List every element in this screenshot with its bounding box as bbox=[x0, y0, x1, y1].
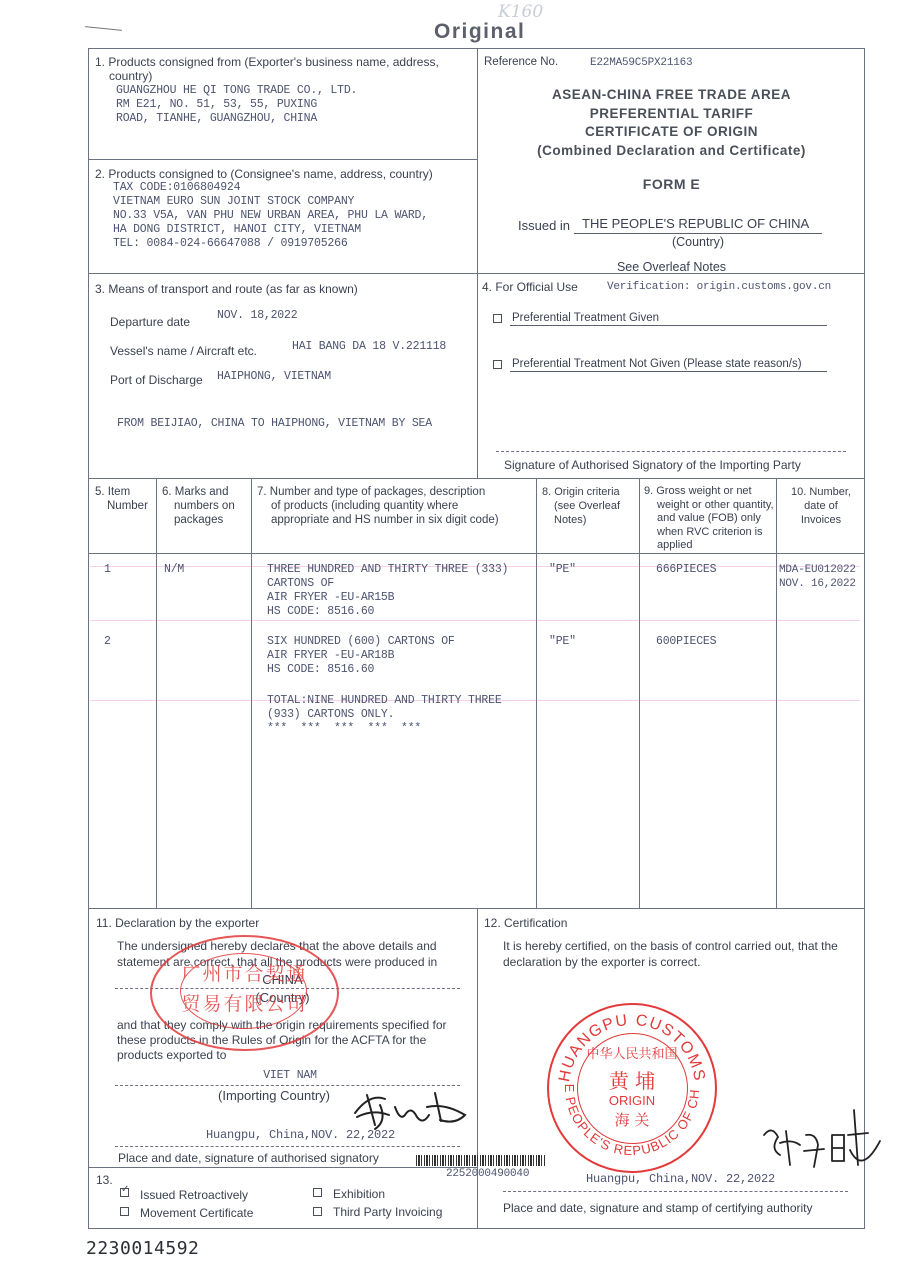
preferential-given-checkbox[interactable] bbox=[493, 314, 502, 323]
total-line2: (933) CARTONS ONLY. bbox=[267, 708, 502, 722]
row1-desc-line4: HS CODE: 8516.60 bbox=[267, 605, 508, 619]
row1-item: 1 bbox=[104, 563, 111, 577]
row1-invoice-date: NOV. 16,2022 bbox=[779, 577, 856, 591]
col8-header-line3: Notes) bbox=[542, 513, 620, 527]
certifier-signature bbox=[756, 1105, 881, 1180]
row1-invoice-number: MDA-EU012022 bbox=[779, 563, 856, 577]
importing-country-caption: (Importing Country) bbox=[218, 1089, 330, 1103]
consignee-address-2: HA DONG DISTRICT, HANOI CITY, VIETNAM bbox=[113, 223, 361, 237]
box11-label: 11. Declaration by the exporter bbox=[96, 916, 259, 930]
col10-header-line1: 10. Number, bbox=[777, 485, 865, 499]
col6-header-line2: numbers on bbox=[162, 499, 235, 513]
header-line-1: ASEAN-CHINA FREE TRADE AREA bbox=[478, 86, 865, 105]
col8-header: 8. Origin criteria (see Overleaf Notes) bbox=[542, 485, 620, 527]
customs-stamp-cn-bottom: 海 关 bbox=[549, 1109, 715, 1130]
issued-retroactively-label: Issued Retroactively bbox=[140, 1188, 248, 1202]
table-col-9 bbox=[639, 478, 640, 908]
box1-label-cont: country) bbox=[109, 69, 152, 83]
exporter-address-2: ROAD, TIANHE, GUANGZHOU, CHINA bbox=[116, 112, 317, 126]
certifier-signature-caption: Place and date, signature and stamp of c… bbox=[503, 1201, 813, 1215]
row1-marks: N/M bbox=[164, 563, 184, 577]
issued-retroactively-checkbox[interactable]: ✓ bbox=[120, 1188, 129, 1197]
exporter-stamp-cn-2: 贸易有限公司 bbox=[152, 989, 337, 1016]
table-col-10 bbox=[776, 478, 777, 908]
port-value: HAIPHONG, VIETNAM bbox=[217, 370, 331, 384]
row2-desc-line1: SIX HUNDRED (600) CARTONS OF bbox=[267, 635, 455, 649]
certification-line2: declaration by the exporter is correct. bbox=[503, 954, 838, 970]
row-divider-3-table bbox=[88, 478, 865, 479]
col7-header-line1: 7. Number and type of packages, descript… bbox=[257, 485, 499, 499]
exporter-signature-caption: Place and date, signature of authorised … bbox=[118, 1151, 379, 1165]
customs-stamp-cn-arc: 中华人民共和国 bbox=[549, 1043, 715, 1062]
table-header-bottom bbox=[88, 553, 865, 554]
form-name: FORM E bbox=[478, 175, 865, 194]
col7-header: 7. Number and type of packages, descript… bbox=[257, 485, 499, 527]
row1-origin: "PE" bbox=[549, 563, 576, 577]
row2-desc: SIX HUNDRED (600) CARTONS OF AIR FRYER -… bbox=[267, 635, 455, 677]
exhibition-checkbox[interactable] bbox=[313, 1188, 322, 1197]
exporter-company-stamp: 广州市合契通 贸易有限公司 bbox=[150, 935, 339, 1051]
col7-header-line3: appropriate and HS number in six digit c… bbox=[257, 513, 499, 527]
col5-header: 5. Item Number bbox=[95, 485, 148, 513]
exporter-signature-line bbox=[115, 1146, 460, 1147]
third-party-invoicing-label: Third Party Invoicing bbox=[333, 1205, 442, 1219]
port-label: Port of Discharge bbox=[110, 373, 203, 387]
reference-label: Reference No. bbox=[484, 55, 558, 69]
row2-item: 2 bbox=[104, 635, 111, 649]
header-title: ASEAN-CHINA FREE TRADE AREA PREFERENTIAL… bbox=[478, 86, 865, 160]
preferential-given-label: Preferential Treatment Given bbox=[512, 311, 659, 325]
reference-number: E22MA59C5PX21163 bbox=[590, 56, 692, 70]
row2-origin: "PE" bbox=[549, 635, 576, 649]
row1-desc-line3: AIR FRYER -EU-AR15B bbox=[267, 591, 508, 605]
box12-label: 12. Certification bbox=[484, 916, 567, 930]
exporter-stamp-cn-1: 广州市合契通 bbox=[152, 959, 337, 986]
exporter-signature bbox=[345, 1085, 475, 1135]
table-col-8 bbox=[536, 478, 537, 908]
row-divider-1-2 bbox=[88, 159, 477, 160]
col5-header-line1: 5. Item bbox=[95, 485, 148, 499]
box4-label: 4. For Official Use bbox=[482, 280, 578, 294]
col8-header-line1: 8. Origin criteria bbox=[542, 485, 620, 499]
importing-country: VIET NAM bbox=[190, 1069, 390, 1083]
consignee-address-1: NO.33 V5A, VAN PHU NEW URBAN AREA, PHU L… bbox=[113, 209, 428, 223]
customs-stamp-origin: ORIGIN bbox=[549, 1093, 715, 1108]
preferential-not-given-checkbox[interactable] bbox=[493, 360, 502, 369]
col10-header: 10. Number, date of Invoices bbox=[777, 485, 865, 527]
exhibition-label: Exhibition bbox=[333, 1187, 385, 1201]
route-value: FROM BEIJIAO, CHINA TO HAIPHONG, VIETNAM… bbox=[117, 417, 432, 431]
row1-invoice: MDA-EU012022 NOV. 16,2022 bbox=[779, 563, 856, 591]
document-title: Original bbox=[434, 20, 525, 44]
vessel-value: HAI BANG DA 18 V.221118 bbox=[292, 340, 446, 354]
table-col-6 bbox=[156, 478, 157, 908]
certification-text: It is hereby certified, on the basis of … bbox=[503, 938, 838, 970]
row2-desc-line3: HS CODE: 8516.60 bbox=[267, 663, 455, 677]
verification-url: Verification: origin.customs.gov.cn bbox=[607, 280, 831, 294]
col9-header: 9. Gross weight or net weight or other q… bbox=[644, 485, 774, 553]
barcode-number: 2252000490040 bbox=[446, 1167, 529, 1181]
customs-stamp: HUANGPU CUSTOMS THE PEOPLE'S REPUBLIC OF… bbox=[547, 1003, 717, 1173]
vessel-label: Vessel's name / Aircraft etc. bbox=[110, 344, 257, 358]
col10-header-line3: Invoices bbox=[777, 513, 865, 527]
third-party-invoicing-checkbox[interactable] bbox=[313, 1207, 322, 1216]
issued-in-label: Issued in bbox=[518, 219, 570, 233]
pen-mark bbox=[85, 26, 122, 31]
country-caption: (Country) bbox=[574, 235, 822, 249]
col5-header-line2: Number bbox=[95, 499, 148, 513]
consignee-phone: TEL: 0084-024-66647088 / 0919705266 bbox=[113, 237, 348, 251]
row2-desc-line2: AIR FRYER -EU-AR18B bbox=[267, 649, 455, 663]
row1-quantity: 666PIECES bbox=[656, 563, 716, 577]
col8-header-line2: (see Overleaf bbox=[542, 499, 620, 513]
exporter-address-1: RM E21, NO. 51, 53, 55, PUXING bbox=[116, 98, 317, 112]
certification-line1: It is hereby certified, on the basis of … bbox=[503, 938, 838, 954]
table-col-7 bbox=[251, 478, 252, 908]
certifier-place-date: Huangpu, China,NOV. 22,2022 bbox=[586, 1172, 775, 1186]
preferential-not-given-line bbox=[510, 371, 827, 372]
col9-header-line3: and value (FOB) only bbox=[644, 512, 774, 526]
declaration-line5: products exported to bbox=[117, 1048, 447, 1063]
barcode bbox=[416, 1155, 546, 1166]
header-line-3: CERTIFICATE OF ORIGIN bbox=[478, 123, 865, 142]
box1-label: 1. Products consigned from (Exporter's b… bbox=[95, 55, 439, 69]
col9-header-line5: applied bbox=[644, 539, 774, 553]
row1-desc-line1: THREE HUNDRED AND THIRTY THREE (333) bbox=[267, 563, 508, 577]
total-description: TOTAL:NINE HUNDRED AND THIRTY THREE (933… bbox=[267, 694, 502, 736]
preferential-not-given-label: Preferential Treatment Not Given (Please… bbox=[512, 357, 802, 371]
exporter-name: GUANGZHOU HE QI TONG TRADE CO., LTD. bbox=[116, 84, 357, 98]
certificate-number: 2230014592 bbox=[86, 1238, 199, 1259]
header-line-2: PREFERENTIAL TARIFF bbox=[478, 105, 865, 124]
row1-desc-line2: CARTONS OF bbox=[267, 577, 508, 591]
preferential-given-line bbox=[510, 325, 827, 326]
col9-header-line2: weight or other quantity, bbox=[644, 499, 774, 513]
col9-header-line1: 9. Gross weight or net bbox=[644, 485, 774, 499]
total-line1: TOTAL:NINE HUNDRED AND THIRTY THREE bbox=[267, 694, 502, 708]
issued-in-value: THE PEOPLE'S REPUBLIC OF CHINA bbox=[582, 217, 809, 231]
col9-header-line4: when RVC criterion is bbox=[644, 526, 774, 540]
importer-signature-caption: Signature of Authorised Signatory of the… bbox=[504, 458, 801, 472]
col6-header-line3: packages bbox=[162, 513, 235, 527]
box13-label: 13. bbox=[96, 1173, 113, 1187]
overleaf-notes: See Overleaf Notes bbox=[478, 260, 865, 274]
importer-signature-line bbox=[496, 451, 846, 452]
total-stars: *** *** *** *** *** bbox=[267, 722, 502, 736]
row2-quantity: 600PIECES bbox=[656, 635, 716, 649]
issued-in-underline bbox=[574, 233, 822, 234]
certifier-signature-line bbox=[503, 1191, 848, 1192]
departure-date-value: NOV. 18,2022 bbox=[217, 309, 297, 323]
col6-header: 6. Marks and numbers on packages bbox=[162, 485, 235, 527]
handwritten-note: K160 bbox=[498, 2, 543, 22]
customs-stamp-cn-mid: 黄 埔 bbox=[549, 1065, 715, 1094]
col10-header-line2: date of bbox=[777, 499, 865, 513]
movement-certificate-label: Movement Certificate bbox=[140, 1206, 253, 1220]
col6-header-line1: 6. Marks and bbox=[162, 485, 235, 499]
col7-header-line2: of products (including quantity where bbox=[257, 499, 499, 513]
box2-label: 2. Products consigned to (Consignee's na… bbox=[95, 167, 433, 181]
row-divider-11-13 bbox=[88, 1167, 477, 1168]
consignee-tax-code: TAX CODE:0106804924 bbox=[113, 181, 240, 195]
header-line-4: (Combined Declaration and Certificate) bbox=[478, 142, 865, 161]
consignee-name: VIETNAM EURO SUN JOINT STOCK COMPANY bbox=[113, 195, 354, 209]
departure-date-label: Departure date bbox=[110, 315, 190, 329]
movement-certificate-checkbox[interactable] bbox=[120, 1207, 129, 1216]
box3-label: 3. Means of transport and route (as far … bbox=[95, 282, 358, 296]
row1-desc: THREE HUNDRED AND THIRTY THREE (333) CAR… bbox=[267, 563, 508, 619]
